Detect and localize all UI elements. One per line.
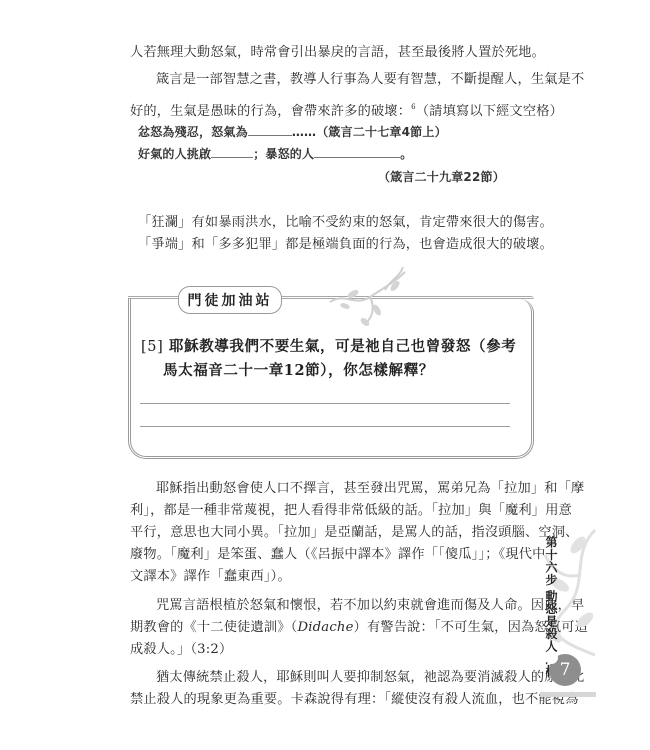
body-text-line: 猶太傳統禁止殺人，耶穌則叫人要抑制怒氣，祂認為要消滅殺人的原因比 [156, 670, 584, 686]
verse-text: 。 [400, 147, 412, 161]
verse-reference: ……（箴言二十七章4節上） [292, 125, 447, 139]
verse-line-1: 忿怒為殘忍，怒氣為……（箴言二十七章4節上） [138, 124, 447, 140]
fill-in-blank[interactable] [314, 147, 400, 158]
verse-reference: （箴言二十九章22節） [378, 169, 505, 185]
verse-line-2: 好氣的人挑啟；暴怒的人。 [138, 146, 412, 162]
body-text-line: 期教會的《十二使徒遺訓》（Didache）有警告說：「不可生氣，因為怒氣可造 [130, 620, 588, 636]
page-number-badge: 7 [549, 654, 581, 686]
question-number: [5] [141, 339, 163, 355]
body-text-line: 「狂瀾」有如暴雨洪水，比喻不受約束的怒氣，肯定帶來很大的傷害。 [138, 215, 553, 231]
body-text-line: 咒罵言語根植於怒氣和懷恨，若不加以約束就會進而傷及人命。因此，早 [156, 598, 584, 614]
verse-text: 好氣的人挑啟 [138, 147, 211, 161]
verse-text: ；暴怒的人 [253, 147, 314, 161]
body-text-line: 平行，意思也大同小異。「拉加」是亞蘭話，是罵人的話，指沒頭腦、空洞、 [130, 525, 579, 541]
body-text-line: 人若無理大動怒氣，時常會引出暴戾的言語，甚至最後將人置於死地。 [130, 45, 545, 61]
discipleship-tab-label: 門徒加油站 [178, 286, 282, 314]
question-line-1: [5] 耶穌教導我們不要生氣，可是祂自己也曾發怒（參考 [141, 338, 516, 356]
instruction-text: （請填寫以下經文空格） [416, 104, 563, 119]
italic-title: Didache [297, 620, 353, 635]
body-text-line: 成殺人。」（3:2） [130, 642, 232, 658]
verse-text: 忿怒為殘忍，怒氣為 [138, 125, 248, 139]
question-line-2: 馬太福音二十一章12節），你怎樣解釋？ [163, 362, 434, 380]
answer-line-2[interactable] [140, 426, 510, 427]
body-text: 好的，生氣是愚昧的行為，會帶來許多的破壞： [130, 104, 411, 119]
body-text-line: 文譯本》譯作「蠢東西」）。 [130, 569, 291, 585]
question-text: 耶穌教導我們不要生氣，可是祂自己也曾發怒（參考 [169, 338, 516, 355]
body-text-line: 箴言是一部智慧之書，教導人行事為人要有智慧，不斷提醒人，生氣是不 [156, 72, 584, 88]
body-text: 期教會的《十二使徒遺訓》（ [130, 620, 297, 635]
body-text-line: 好的，生氣是愚昧的行為，會帶來許多的破壞：6（請填寫以下經文空格） [130, 99, 563, 120]
vine-ornament-icon [325, 262, 435, 332]
body-text-line: 廢物。「魔利」是笨蛋、蠢人（《呂振中譯本》譯作「「傻瓜」」；《現代中 [130, 547, 546, 563]
page-number: 7 [560, 660, 571, 680]
page-footer-bar [540, 692, 596, 697]
body-text-line: 耶穌指出動怒會使人口不擇言，甚至發出咒罵，罵弟兄為「拉加」和「摩 [156, 481, 584, 497]
body-text-line: 「爭端」和「多多犯罪」都是極端負面的行為，也會造成很大的破壞。 [138, 237, 553, 253]
answer-line-1[interactable] [140, 403, 510, 404]
fill-in-blank[interactable] [211, 147, 253, 158]
fill-in-blank[interactable] [248, 125, 292, 136]
body-text-line: 利」，都是一種非常蔑視，把人看得非常低級的話。「拉加」與「魔利」用意 [130, 503, 572, 519]
body-text-line: 禁止殺人的現象更為重要。卡森說得有理：「縱使沒有殺人流血，也不能視為 [130, 692, 579, 708]
chapter-side-title: 第十六步 [543, 536, 557, 586]
